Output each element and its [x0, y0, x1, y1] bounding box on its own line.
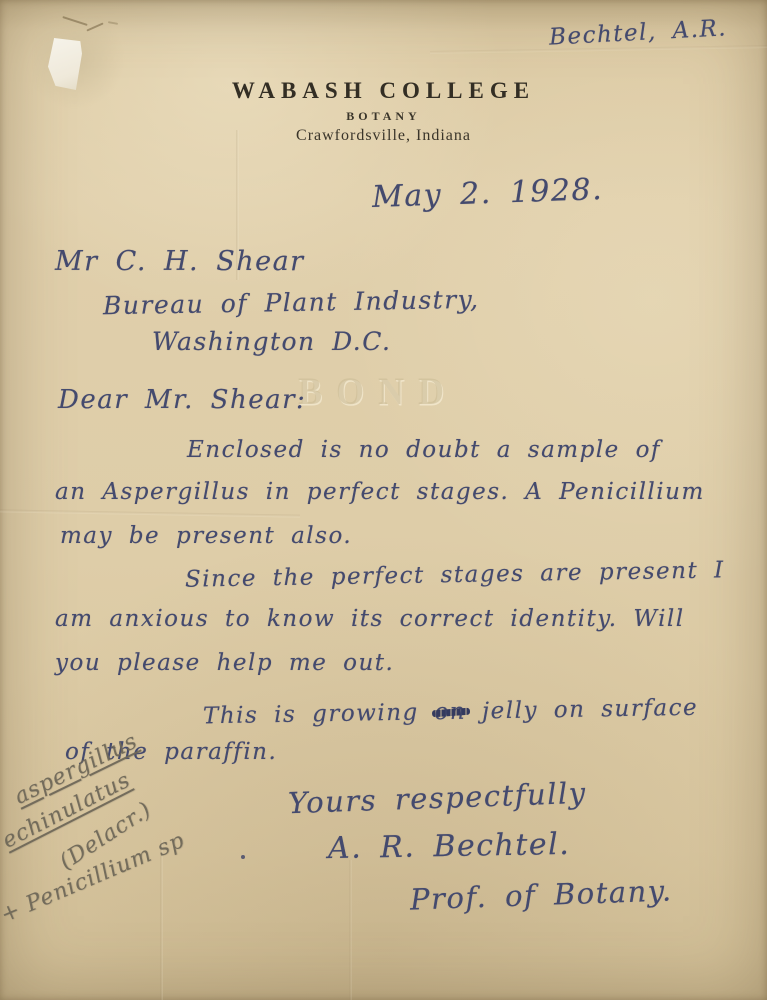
ink-dot — [241, 855, 245, 859]
body-line: am anxious to know its correct identity.… — [55, 606, 685, 632]
recipient-city: Washington D.C. — [152, 327, 391, 356]
fold-crease — [0, 509, 300, 517]
body-text: This is growing — [203, 699, 435, 729]
letterhead-college-name: WABASH COLLEGE — [0, 78, 767, 104]
letterhead-location: Crawfordsville, Indiana — [0, 127, 767, 145]
recipient-name: Mr C. H. Shear — [55, 246, 305, 277]
signature: A. R. Bechtel. — [328, 827, 571, 866]
body-line: This is growing on jelly on surface — [203, 695, 698, 730]
annotation-author-name: Bechtel, A.R. — [548, 15, 727, 50]
signer-title: Prof. of Botany. — [409, 873, 673, 916]
closing-valediction: Yours respectfully — [287, 776, 587, 820]
fold-crease — [160, 840, 163, 1000]
struck-out-word: on — [434, 699, 466, 726]
body-line: an Aspergillus in perfect stages. A Peni… — [55, 479, 705, 505]
letterhead: WABASH COLLEGE BOTANY Crawfordsville, In… — [0, 78, 767, 145]
paper-watermark: BOND — [298, 368, 458, 414]
letterhead-department: BOTANY — [0, 109, 767, 124]
salutation: Dear Mr. Shear: — [58, 385, 306, 415]
body-line: Since the perfect stages are present I — [185, 557, 725, 592]
body-line: Enclosed is no doubt a sample of — [187, 437, 661, 463]
body-text: jelly on surface — [466, 695, 698, 725]
body-line: may be present also. — [60, 523, 352, 549]
letter-scan: BOND Bechtel, A.R. WABASH COLLEGE BOTANY… — [0, 0, 767, 1000]
recipient-org: Bureau of Plant Industry, — [103, 285, 480, 321]
letter-date: May 2. 1928. — [371, 172, 603, 215]
body-line: you please help me out. — [55, 650, 394, 676]
fold-crease — [349, 860, 352, 1000]
